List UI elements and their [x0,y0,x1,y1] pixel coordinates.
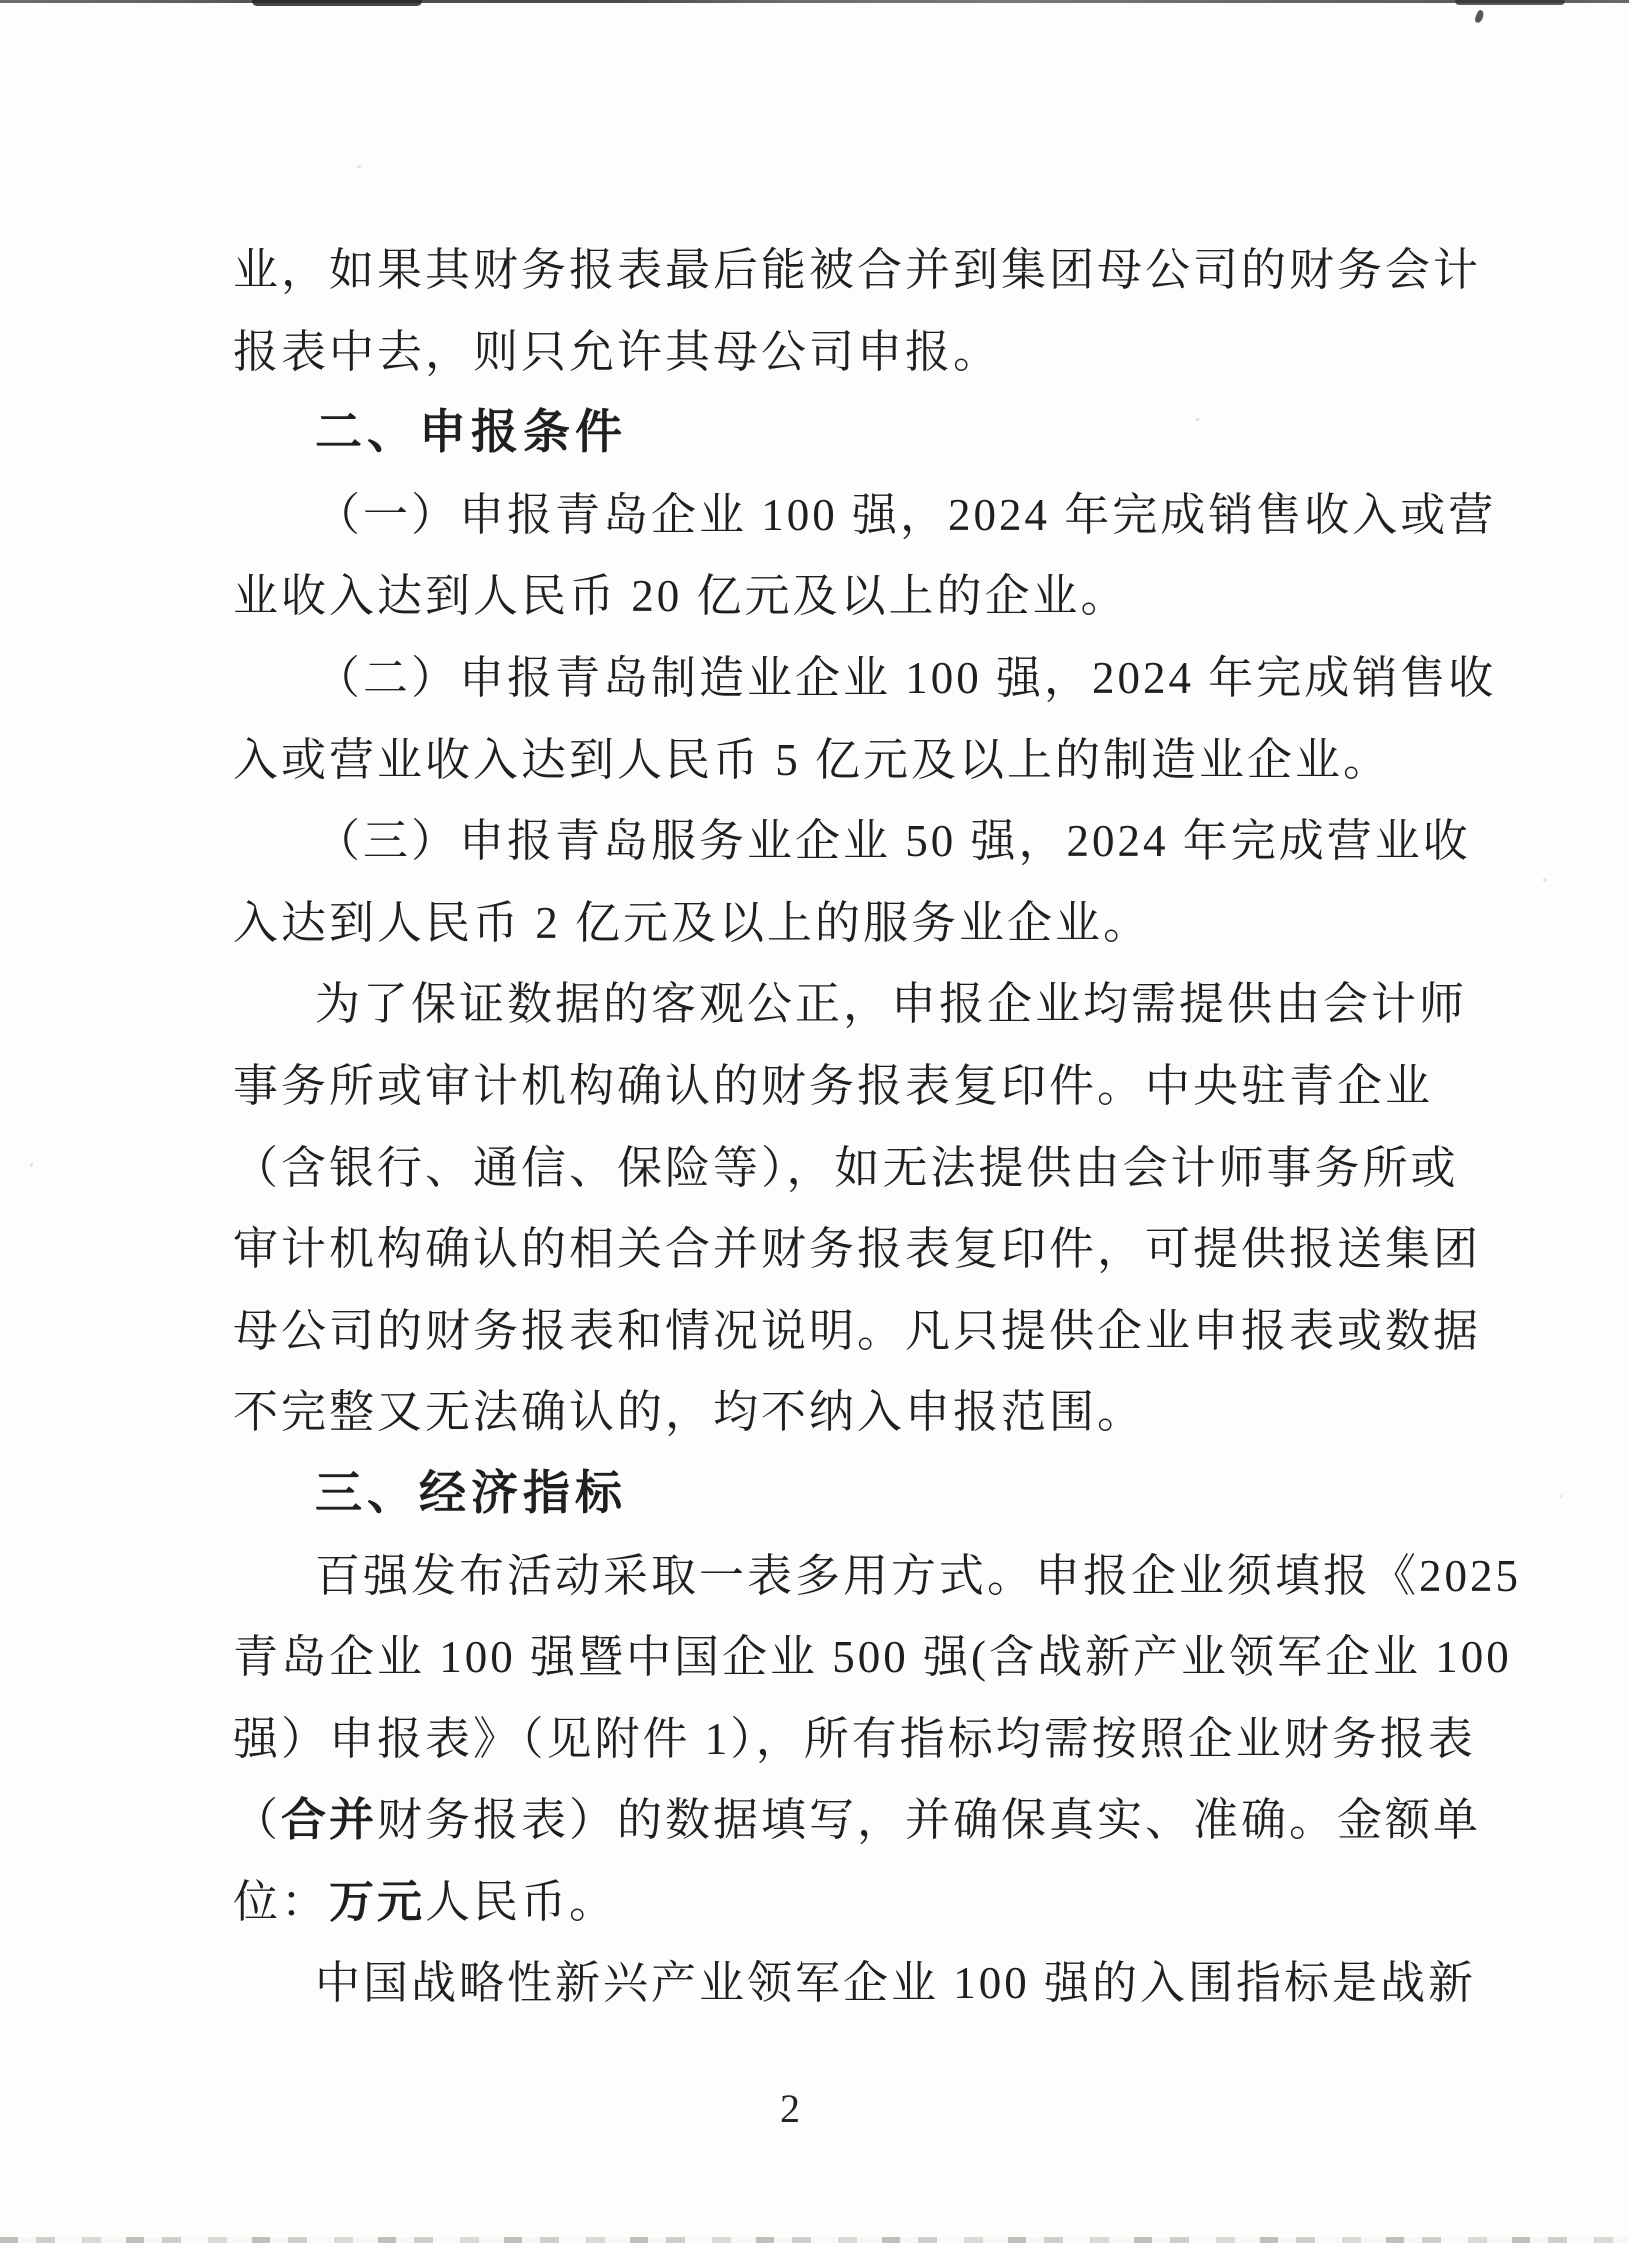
scan-speckle [1559,1495,1563,1498]
text-line: 入或营业收入达到人民币 5 亿元及以上的制造业企业。 [233,720,1533,802]
text-line: 入达到人民币 2 亿元及以上的服务业企业。 [233,883,1533,965]
text-segment: 位： [233,1877,329,1927]
text-line: 审计机构确认的相关合并财务报表复印件，可提供报送集团 [233,1209,1533,1291]
text-line: （含银行、通信、保险等），如无法提供由会计师事务所或 [233,1128,1533,1210]
scan-speckle [357,165,361,168]
scan-artifact-bottom-edge [0,2237,1629,2243]
page-number: 2 [0,2085,1580,2132]
text-segment: （ [233,1795,281,1845]
scan-artifact-tick-mark [1474,9,1485,24]
scan-artifact-top-blob-left [252,0,422,6]
text-line: 报表中去，则只允许其母公司申报。 [233,312,1533,394]
section-heading-application-conditions: 二、申报条件 [233,393,1533,475]
text-line: 业，如果其财务报表最后能被合并到集团母公司的财务会计 [233,230,1533,312]
text-line: （合并财务报表）的数据填写，并确保真实、准确。金额单 [233,1780,1533,1862]
bold-text: 万元 [329,1877,425,1927]
scan-speckle [30,1163,33,1167]
text-line: 位：万元人民币。 [233,1862,1533,1944]
section-heading-economic-indicators: 三、经济指标 [233,1454,1533,1536]
text-segment: 人民币。 [425,1877,617,1927]
text-line: 事务所或审计机构确认的财务报表复印件。中央驻青企业 [233,1046,1533,1128]
text-line: （二）申报青岛制造业企业 100 强，2024 年完成销售收 [233,638,1533,720]
text-line: 百强发布活动采取一表多用方式。申报企业须填报《2025 [233,1536,1533,1618]
bold-text: 合并 [281,1795,377,1845]
document-page: 业，如果其财务报表最后能被合并到集团母公司的财务会计 报表中去，则只允许其母公司… [0,0,1629,2243]
text-line: 母公司的财务报表和情况说明。凡只提供企业申报表或数据 [233,1291,1533,1373]
text-line: 业收入达到人民币 20 亿元及以上的企业。 [233,556,1533,638]
text-line: 为了保证数据的客观公正，申报企业均需提供由会计师 [233,964,1533,1046]
text-line: 中国战略性新兴产业领军企业 100 强的入围指标是战新 [233,1943,1533,2025]
scan-artifact-top-blob-right [1455,0,1565,5]
document-body: 业，如果其财务报表最后能被合并到集团母公司的财务会计 报表中去，则只允许其母公司… [233,230,1533,2025]
scan-artifact-top-edge [0,0,1629,3]
text-line: 青岛企业 100 强暨中国企业 500 强(含战新产业领军企业 100 [233,1617,1533,1699]
text-line: 强）申报表》（见附件 1），所有指标均需按照企业财务报表 [233,1699,1533,1781]
text-line: （一）申报青岛企业 100 强，2024 年完成销售收入或营 [233,475,1533,557]
text-line: （三）申报青岛服务业企业 50 强，2024 年完成营业收 [233,801,1533,883]
text-line: 不完整又无法确认的，均不纳入申报范围。 [233,1372,1533,1454]
text-segment: 财务报表）的数据填写，并确保真实、准确。金额单 [377,1795,1481,1845]
scan-speckle [1543,878,1547,882]
